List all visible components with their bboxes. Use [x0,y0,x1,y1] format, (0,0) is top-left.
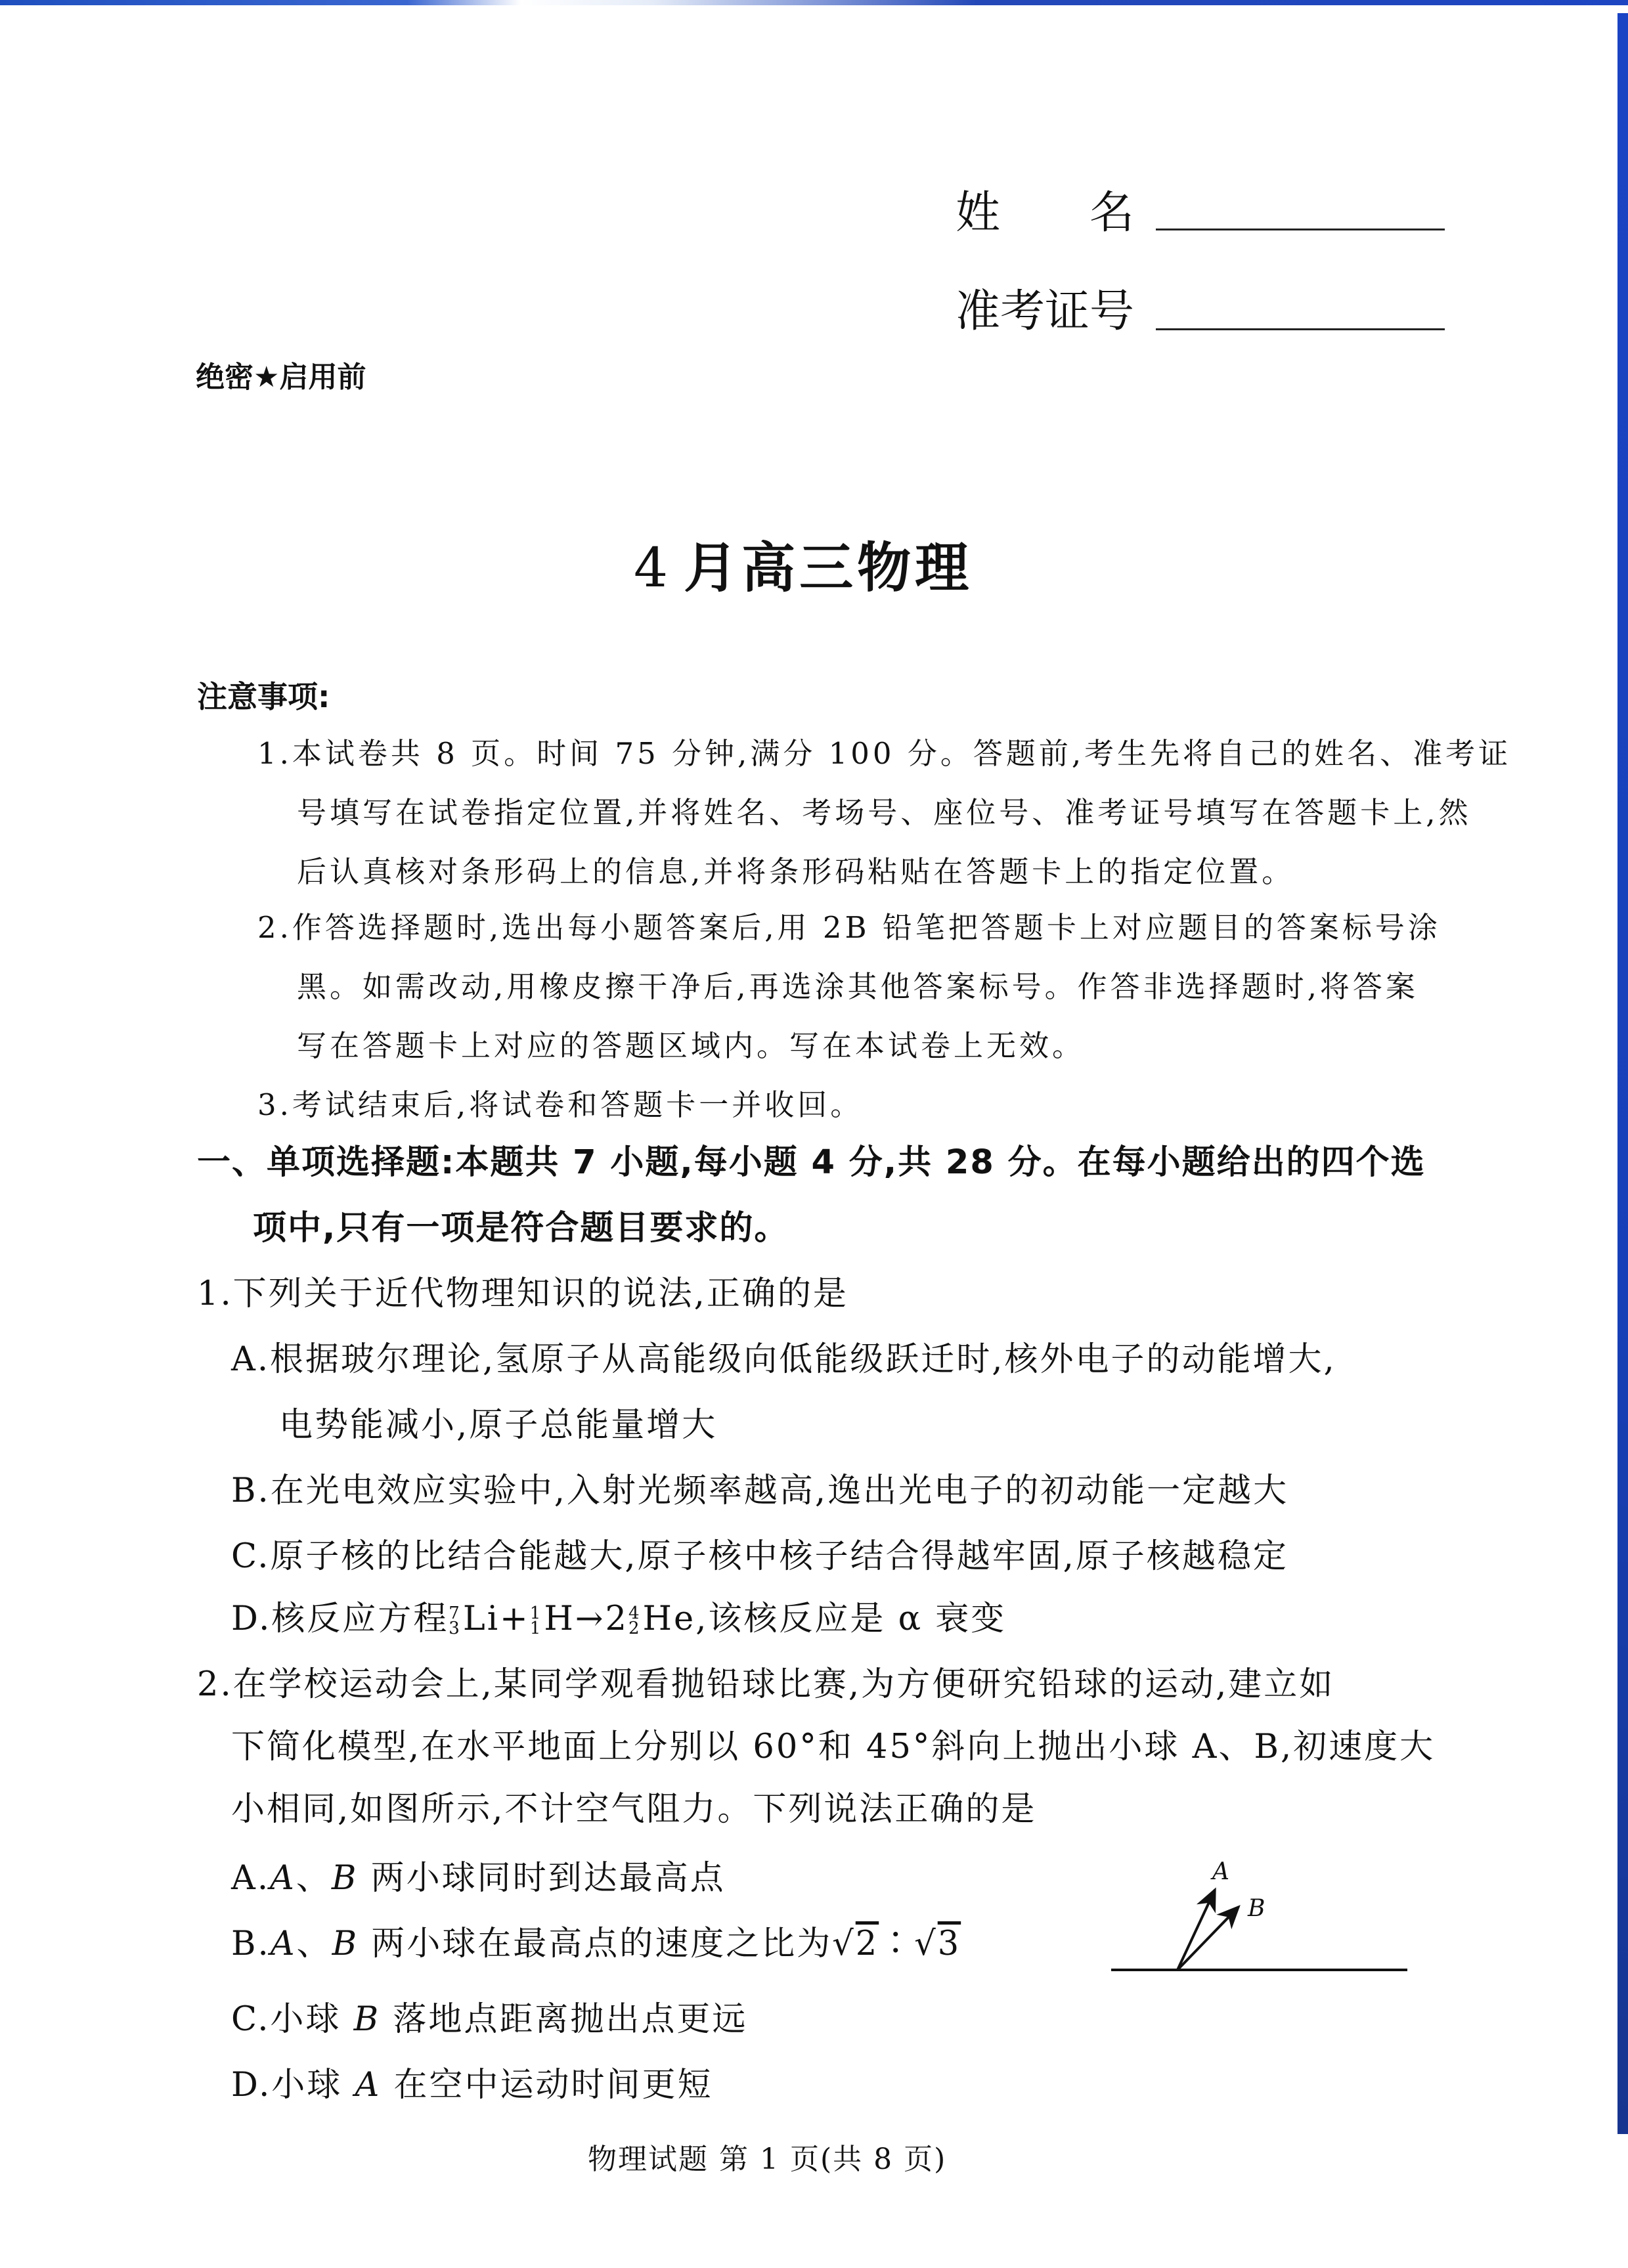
he-nuclide-indices: 42 [628,1606,642,1637]
note-2-line-1: 2.作答选择题时,选出每小题答案后,用 2B 铅笔把答题卡上对应题目的答案标号涂 [257,913,1441,942]
q1-option-a-line-2: 电势能减小,原子总能量增大 [279,1408,717,1442]
li-nuclide-indices: 73 [449,1606,462,1637]
page-footer: 物理试题 第 1 页(共 8 页) [588,2135,946,2177]
notes-heading: 注意事项: [197,673,330,716]
h-nuclide-indices: 11 [530,1606,543,1637]
sqrt-icon: √ [914,1925,938,1963]
note-3-line-1: 3.考试结束后,将试卷和答题卡一并收回。 [257,1090,863,1120]
h-symbol: H [544,1600,575,1638]
projectile-figure: A B [1090,1839,1484,2009]
q1-option-c[interactable]: C.原子核的比结合能越大,原子核中核子结合得越牢固,原子核越稳定 [231,1540,1288,1573]
q2-option-d[interactable]: D.小球 A 在空中运动时间更短 [231,2068,713,2102]
exam-number-input-line[interactable] [1156,328,1445,330]
q2-stem-line-1: 2.在学校运动会上,某同学观看抛铅球比赛,为方便研究铅球的运动,建立如 [197,1668,1334,1701]
q2-stem-line-3: 小相同,如图所示,不计空气阻力。下列说法正确的是 [231,1793,1036,1826]
label-b: B [1247,1895,1265,1922]
note-1-line-1: 1.本试卷共 8 页。时间 75 分钟,满分 100 分。答题前,考生先将自己的… [257,739,1511,768]
q2-stem-line-2: 下简化模型,在水平地面上分别以 60°和 45°斜向上抛出小球 A、B,初速度大 [231,1730,1435,1764]
q1-d-prefix: D.核反应方程 [231,1600,449,1638]
q2-option-c[interactable]: C.小球 B 落地点距离抛出点更远 [231,2003,747,2036]
he-symbol: He [643,1600,696,1638]
q1-option-b[interactable]: B.在光电效应实验中,入射光频率越高,逸出光电子的初动能一定越大 [231,1474,1288,1508]
note-1-line-2: 号填写在试卷指定位置,并将姓名、考场号、座位号、准考证号填写在答题卡上,然 [297,798,1472,827]
exam-page: 姓 名 准考证号 绝密★启用前 4月高三物理 注意事项: 1.本试卷共 8 页。… [0,0,1616,2268]
note-1-line-3: 后认真核对条形码上的信息,并将条形码粘贴在答题卡上的指定位置。 [297,857,1294,886]
section-1-heading-line-2: 项中,只有一项是符合题目要求的。 [253,1211,789,1245]
secret-mark: 绝密★启用前 [196,353,366,395]
q1-option-a-line-1[interactable]: A.根据玻尔理论,氢原子从高能级向低能级跃迁时,核外电子的动能增大, [231,1343,1336,1376]
name-input-line[interactable] [1156,229,1445,230]
launch-arrows-diagram: A B [1090,1839,1484,2009]
arrow-icon: → [575,1600,605,1638]
arrow-a-icon [1177,1890,1215,1970]
exam-number-label: 准考证号 [956,276,1134,339]
li-symbol: Li [463,1600,500,1638]
note-2-line-2: 黑。如需改动,用橡皮擦干净后,再选涂其他答案标号。作答非选择题时,将答案 [297,972,1419,1001]
arrow-b-icon [1177,1907,1239,1970]
plus-sign: + [500,1600,530,1638]
title-number: 4 [634,537,672,600]
q2-option-a[interactable]: A.A、B 两小球同时到达最高点 [231,1862,726,1895]
label-a: A [1210,1858,1229,1885]
note-2-line-3: 写在答题卡上对应的答题区域内。写在本试卷上无效。 [297,1031,1085,1060]
section-1-heading-line-1: 一、单项选择题:本题共 7 小题,每小题 4 分,共 28 分。在每小题给出的四… [197,1146,1426,1179]
sqrt-icon: √ [832,1925,856,1963]
q1-option-d[interactable]: D.核反应方程73Li+11H→242He,该核反应是 α 衰变 [231,1602,1006,1636]
q2-option-b[interactable]: B.A、B 两小球在最高点的速度之比为√2∶√3 [231,1927,961,1961]
title-text: 月高三物理 [684,537,973,600]
q1-stem: 1.下列关于近代物理知识的说法,正确的是 [197,1277,848,1311]
scan-edge-right [1617,13,1628,2134]
page-title: 4月高三物理 [634,525,973,602]
name-label: 姓 名 [956,177,1134,241]
q1-d-suffix: ,该核反应是 α 衰变 [695,1600,1006,1638]
he-coefficient: 2 [605,1600,628,1638]
